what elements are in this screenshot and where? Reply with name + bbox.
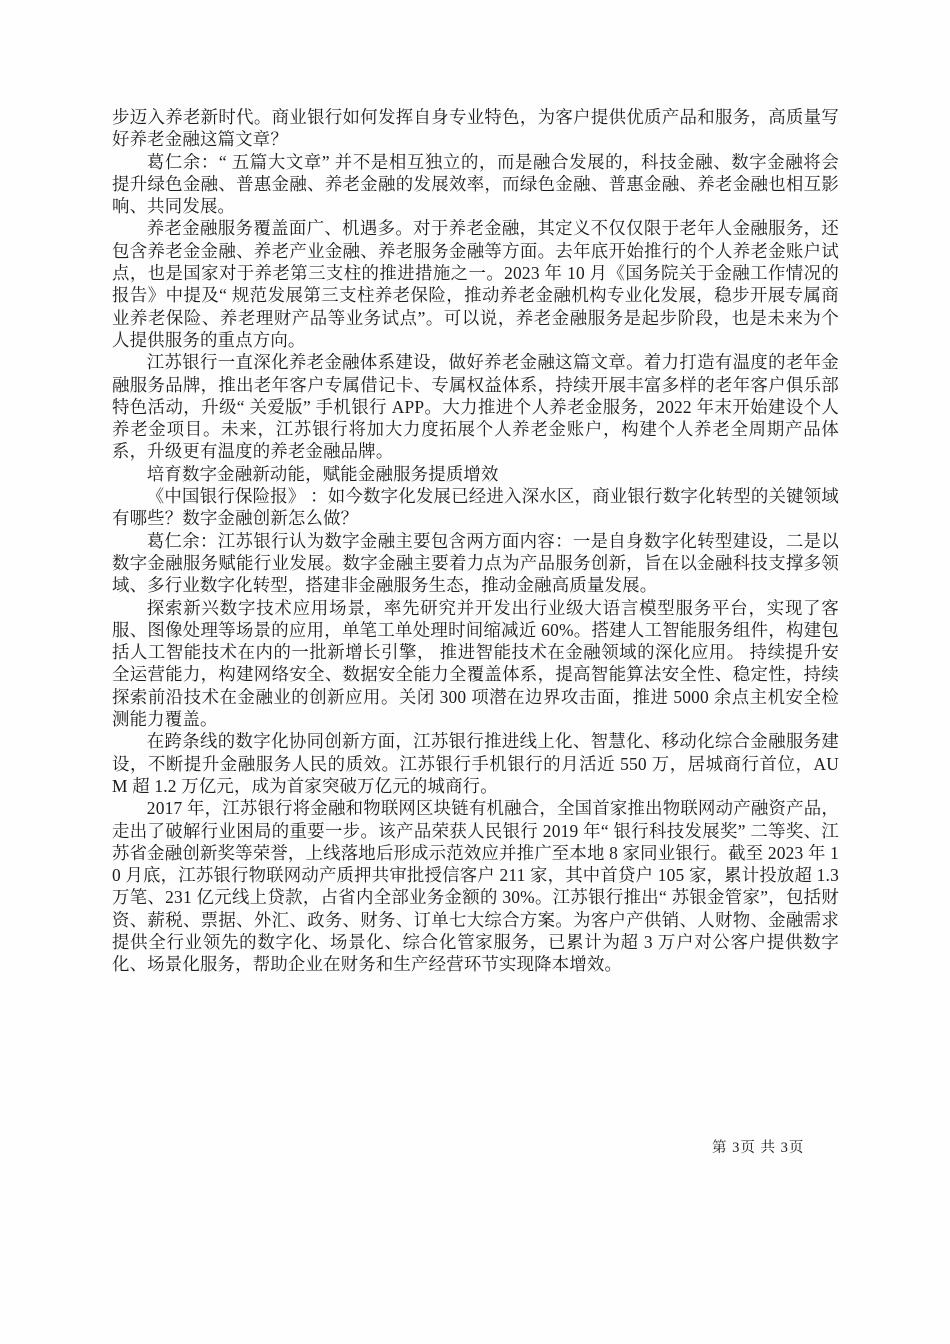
section-heading: 培育数字金融新动能，赋能金融服务提质增效 [112,463,839,485]
paragraph: 在跨条线的数字化协同创新方面，江苏银行推进线上化、智慧化、移动化综合金融服务建设… [112,730,839,797]
paragraph: 江苏银行一直深化养老金融体系建设，做好养老金融这篇文章。着力打造有温度的老年金融… [112,351,839,462]
paragraph: 葛仁余：江苏银行认为数字金融主要包含两方面内容：一是自身数字化转型建设，二是以数… [112,530,839,597]
document-body: 步迈入养老新时代。商业银行如何发挥自身专业特色，为客户提供优质产品和服务，高质量… [112,106,839,976]
paragraph: 探索新兴数字技术应用场景，率先研究并开发出行业级大语言模型服务平台，实现了客服、… [112,597,839,731]
paragraph: 2017 年，江苏银行将金融和物联网区块链有机融合，全国首家推出物联网动产融资产… [112,797,839,975]
paragraph-continuation: 步迈入养老新时代。商业银行如何发挥自身专业特色，为客户提供优质产品和服务，高质量… [112,106,839,151]
paragraph: 养老金融服务覆盖面广、机遇多。对于养老金融，其定义不仅仅限于老年人金融服务，还包… [112,217,839,351]
document-page: 步迈入养老新时代。商业银行如何发挥自身专业特色，为客户提供优质产品和服务，高质量… [0,0,950,1344]
paragraph-interviewer-question: 《中国银行保险报》 ：如今数字化发展已经进入深水区，商业银行数字化转型的关键领域… [112,485,839,530]
paragraph: 葛仁余：“ 五篇大文章” 并不是相互独立的，而是融合发展的，科技金融、数字金融将… [112,151,839,218]
page-number-footer: 第 3页 共 3页 [712,1138,804,1158]
